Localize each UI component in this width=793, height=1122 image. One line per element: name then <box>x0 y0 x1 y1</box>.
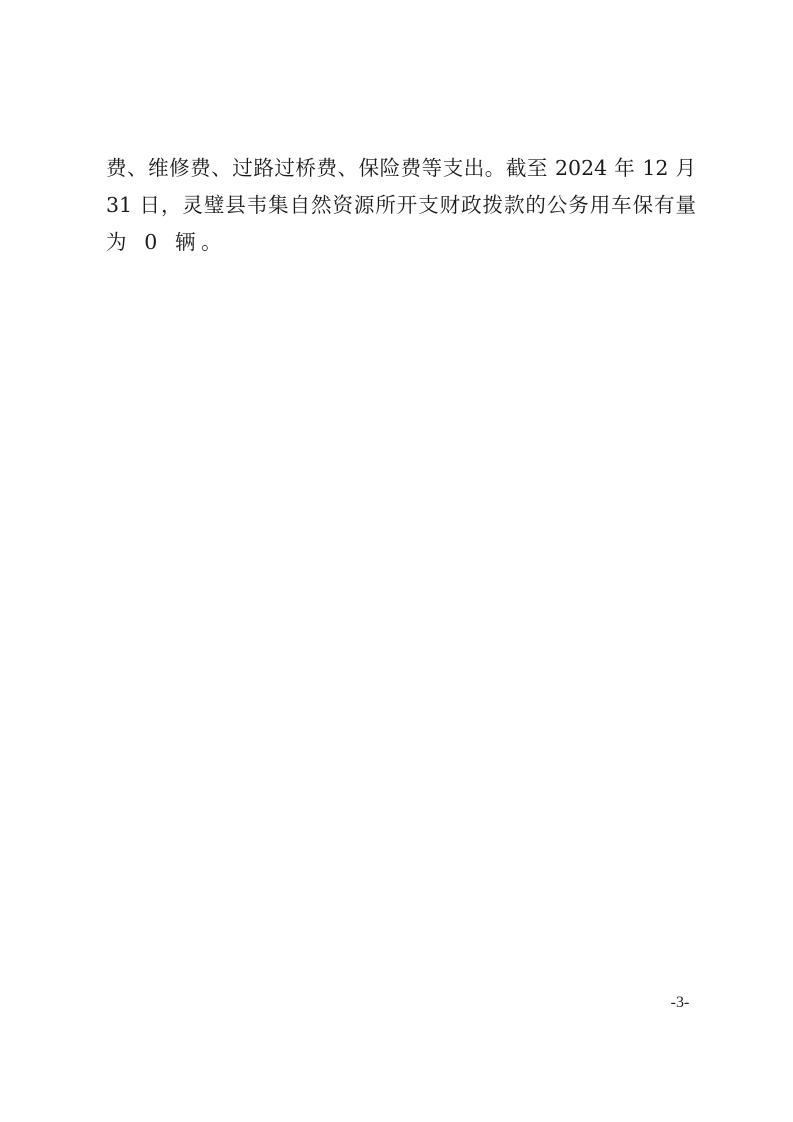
paragraph-line-3: 为 0 辆。 <box>106 224 696 261</box>
body-paragraph: 费、维修费、过路过桥费、保险费等支出。截至 2024 年 12 月 31 日，灵… <box>106 150 696 261</box>
paragraph-line-1: 费、维修费、过路过桥费、保险费等支出。截至 2024 年 12 月 <box>106 150 696 187</box>
document-page: 费、维修费、过路过桥费、保险费等支出。截至 2024 年 12 月 31 日，灵… <box>0 0 793 1122</box>
page-number: -3- <box>660 994 700 1012</box>
paragraph-line-2: 31 日，灵璧县韦集自然资源所开支财政拨款的公务用车保有量 <box>106 187 696 224</box>
